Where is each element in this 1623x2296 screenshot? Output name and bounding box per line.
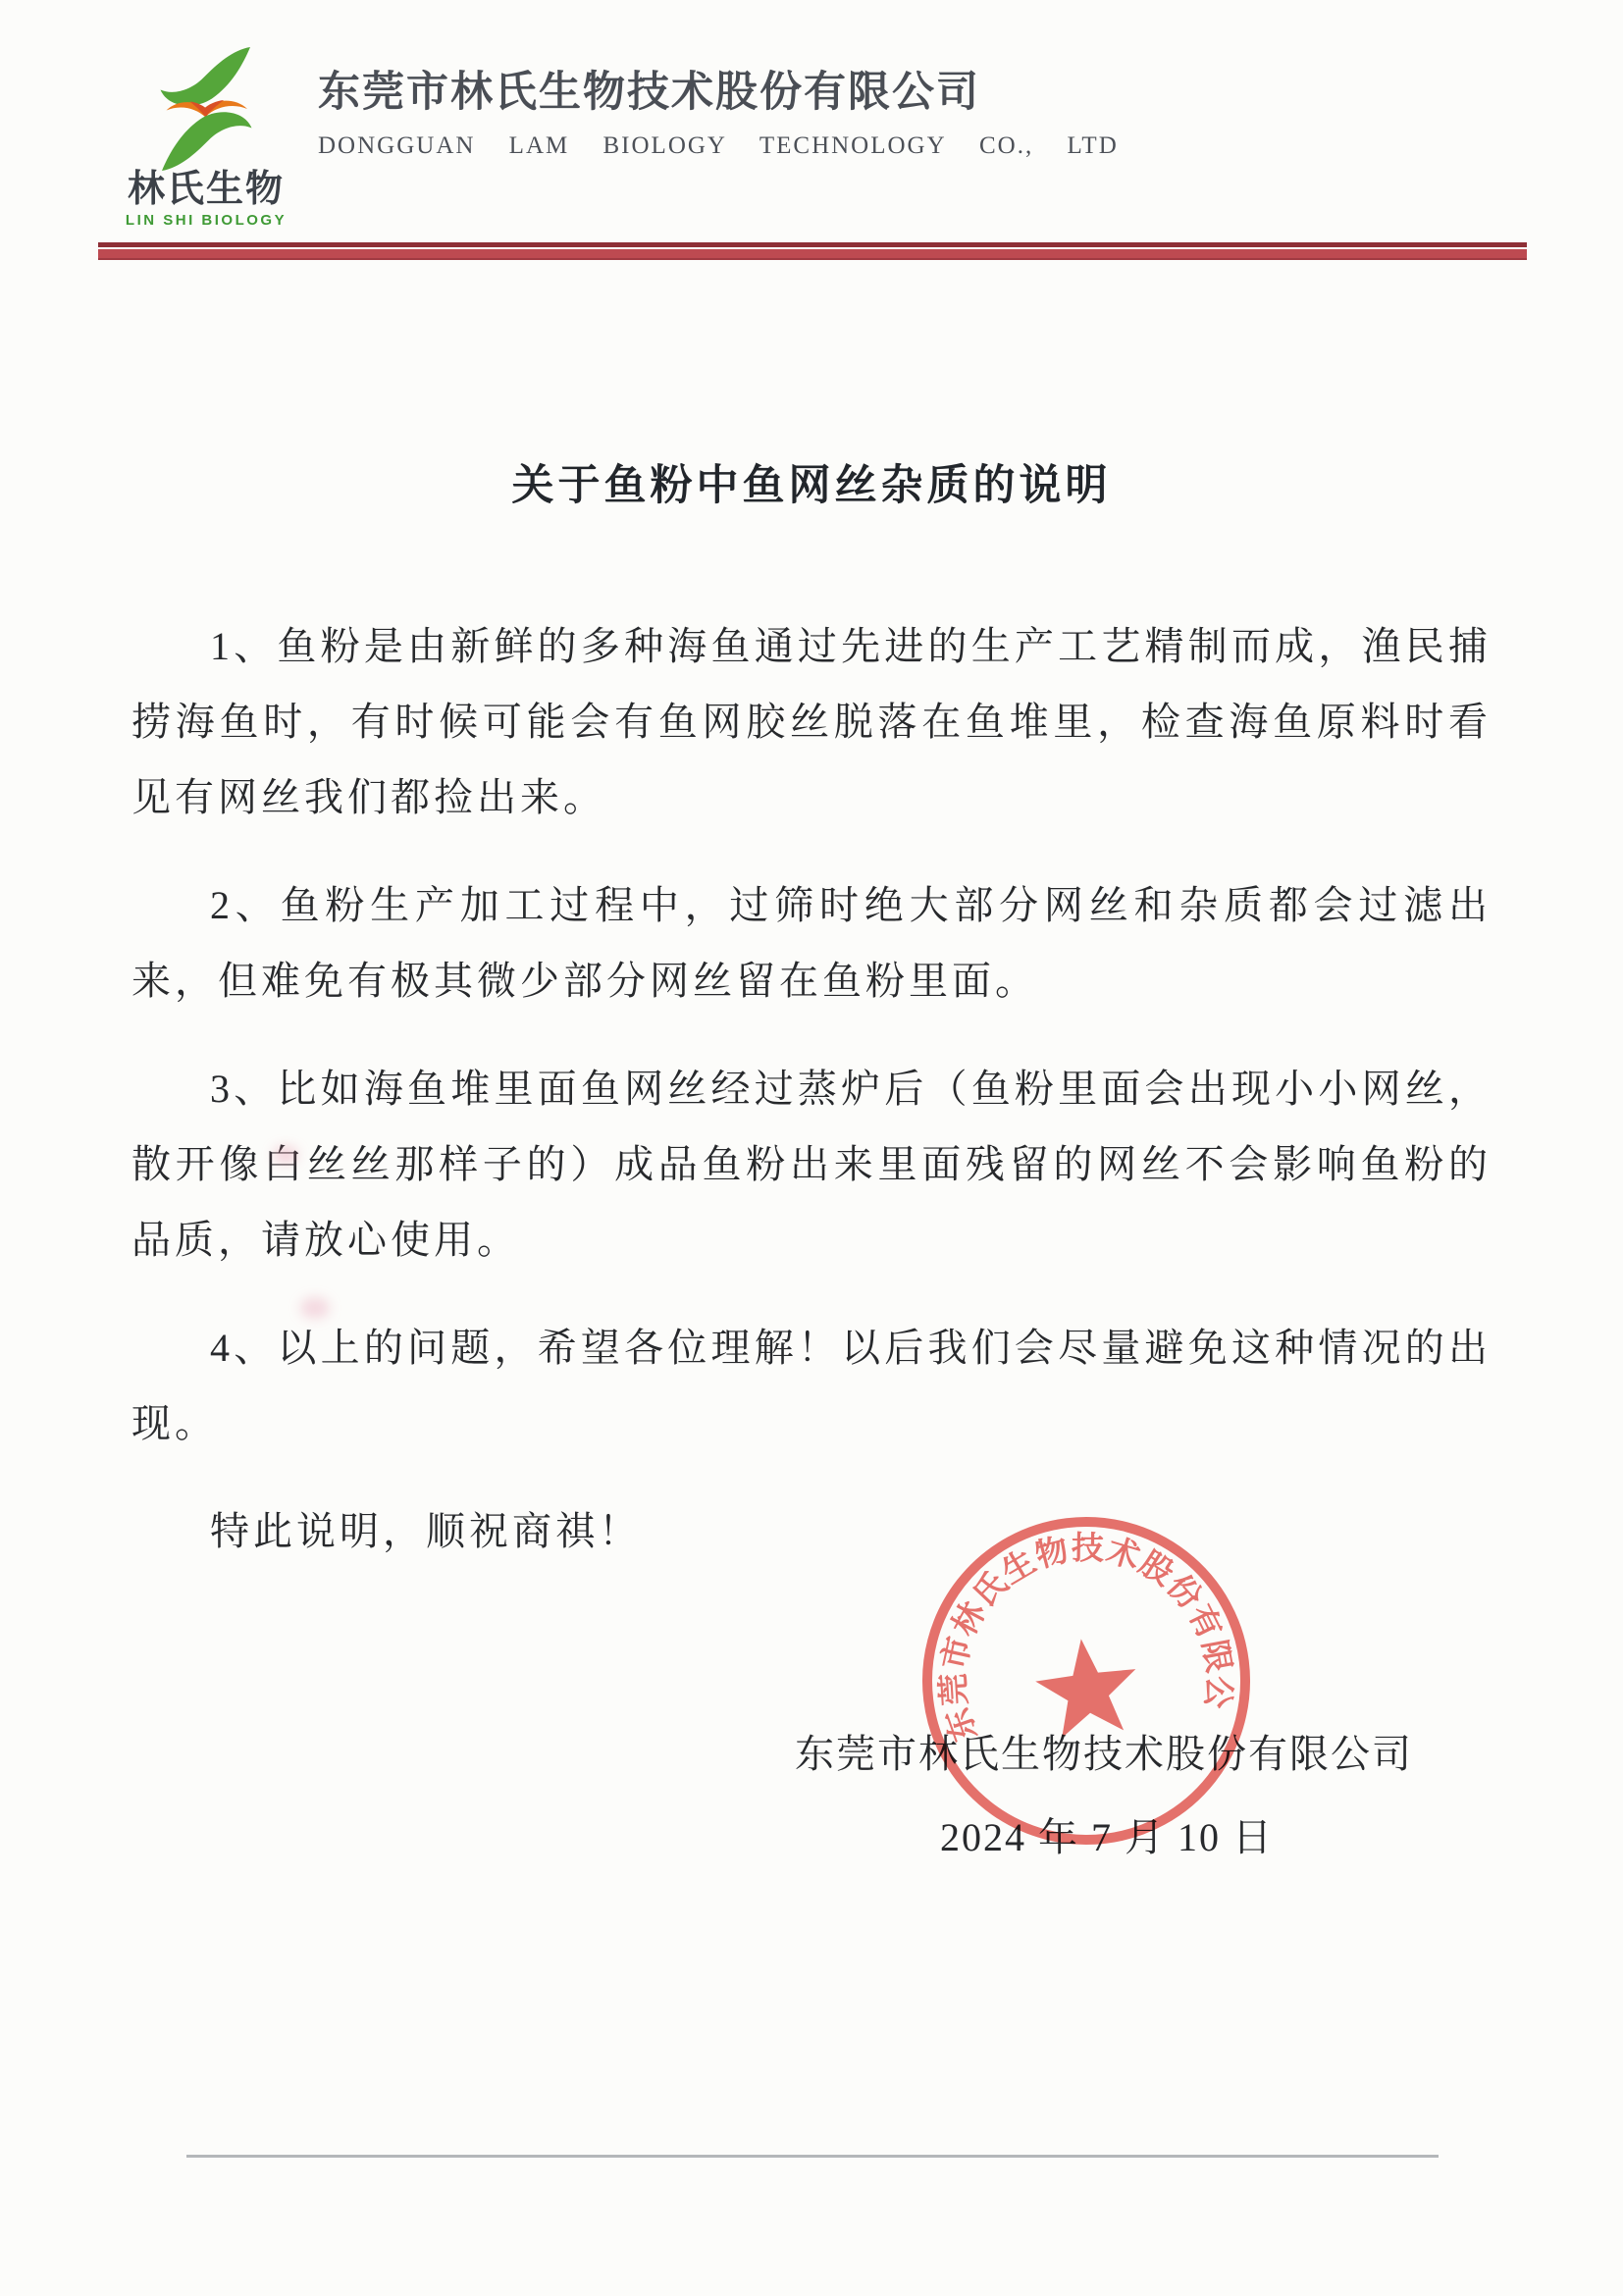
scan-smudge	[300, 1297, 330, 1319]
company-name-cn: 东莞市林氏生物技术股份有限公司	[318, 59, 1119, 119]
signature-company: 东莞市林氏生物技术股份有限公司	[131, 1716, 1492, 1792]
paragraph-1: 1、鱼粉是由新鲜的多种海鱼通过先进的生产工艺精制而成，渔民捕捞海鱼时，有时候可能…	[131, 608, 1492, 835]
brand-name-en: LIN SHI BIOLOGY	[110, 212, 302, 229]
scan-smudge	[273, 1146, 298, 1164]
letterhead: 林氏生物 LIN SHI BIOLOGY 东莞市林氏生物技术股份有限公司 DON…	[0, 0, 1623, 229]
document-title: 关于鱼粉中鱼网丝杂质的说明	[131, 452, 1492, 512]
ribbon-helix-icon	[132, 41, 280, 177]
document-paragraphs: 1、鱼粉是由新鲜的多种海鱼通过先进的生产工艺精制而成，渔民捕捞海鱼时，有时候可能…	[131, 608, 1492, 1569]
letter-body: 关于鱼粉中鱼网丝杂质的说明 1、鱼粉是由新鲜的多种海鱼通过先进的生产工艺精制而成…	[0, 452, 1623, 1875]
letter-page: 林氏生物 LIN SHI BIOLOGY 东莞市林氏生物技术股份有限公司 DON…	[0, 0, 1623, 2296]
paragraph-3: 3、比如海鱼堆里面鱼网丝经过蒸炉后（鱼粉里面会出现小小网丝，散开像白丝丝那样子的…	[131, 1051, 1492, 1278]
signature-block: 东莞市林氏生物技术股份有限公司 2024 年 7 月 10 日	[131, 1716, 1492, 1875]
footer-divider	[186, 2155, 1439, 2158]
rule-thin-line	[98, 242, 1527, 247]
company-logo: 林氏生物 LIN SHI BIOLOGY	[110, 41, 302, 229]
rule-thick-line	[98, 249, 1527, 260]
paragraph-2: 2、鱼粉生产加工过程中，过筛时绝大部分网丝和杂质都会过滤出来，但难免有极其微少部…	[131, 867, 1492, 1018]
closing-line: 特此说明，顺祝商祺！	[131, 1493, 1492, 1569]
paragraph-4: 4、以上的问题，希望各位理解！以后我们会尽量避免这种情况的出现。	[131, 1310, 1492, 1461]
letterhead-rule	[98, 242, 1527, 260]
company-name-en: DONGGUAN LAM BIOLOGY TECHNOLOGY CO., LTD	[318, 132, 1119, 160]
brand-name-cn: 林氏生物	[110, 171, 302, 210]
signature-date: 2024 年 7 月 10 日	[131, 1800, 1492, 1875]
letterhead-titles: 东莞市林氏生物技术股份有限公司 DONGGUAN LAM BIOLOGY TEC…	[302, 41, 1119, 160]
